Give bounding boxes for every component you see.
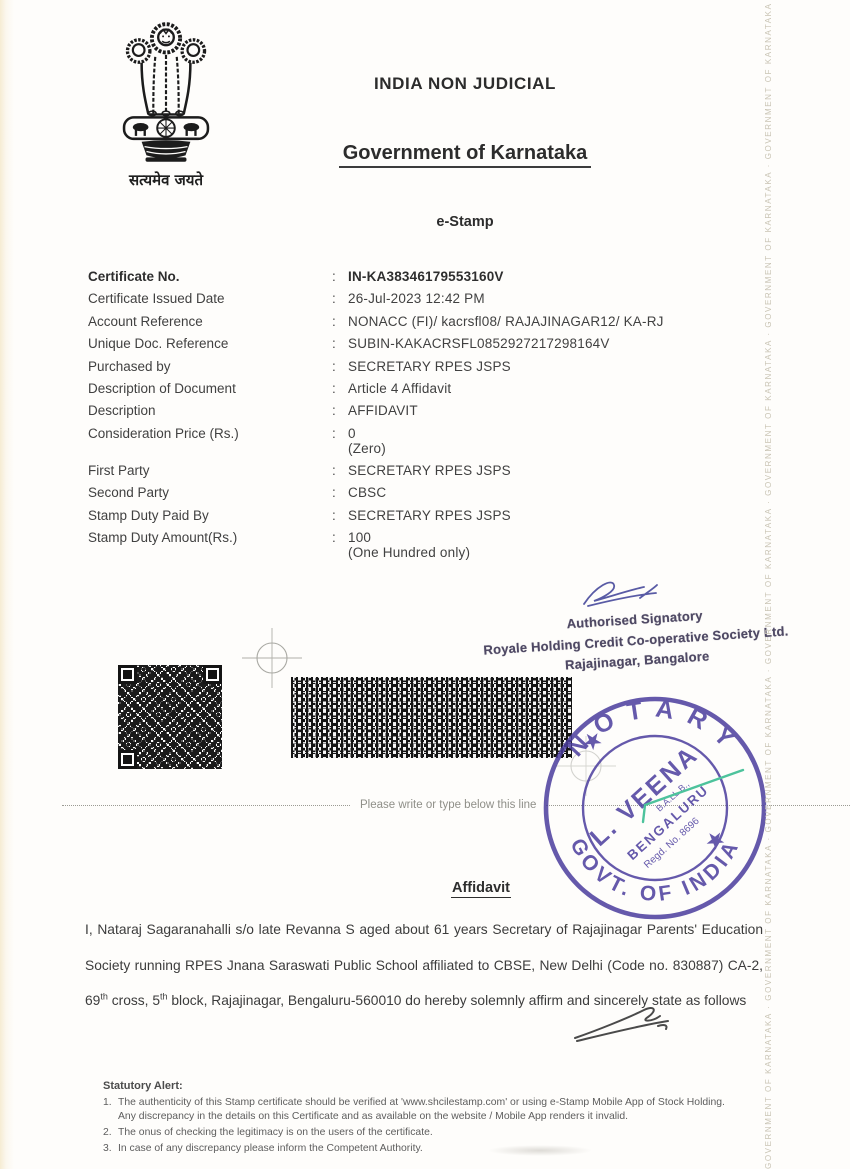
- detail-value: CBSC: [348, 485, 708, 500]
- authorised-signature-icon: [578, 576, 662, 610]
- qr-code: [118, 665, 222, 769]
- detail-label: Account Reference: [88, 314, 332, 329]
- table-row: Description : AFFIDAVIT: [88, 403, 708, 425]
- estamp-certificate-page: सत्यमेव जयते INDIA NON JUDICIAL Governme…: [0, 0, 850, 1169]
- qr-finder-icon: [118, 665, 137, 684]
- affidavit-line-1: I, Nataraj Sagaranahalli s/o late Revann…: [85, 912, 763, 948]
- table-row: Purchased by : SECRETARY RPES JSPS: [88, 359, 708, 381]
- detail-label: Stamp Duty Amount(Rs.): [88, 530, 332, 545]
- detail-subvalue: (One Hundred only): [348, 545, 708, 560]
- page-title: INDIA NON JUDICIAL: [150, 74, 780, 94]
- detail-value: SECRETARY RPES JSPS: [348, 359, 708, 374]
- deponent-signature-icon: [570, 998, 675, 1046]
- table-row: Unique Doc. Reference : SUBIN-KAKACRSFL0…: [88, 336, 708, 358]
- table-row: Account Reference : NONACC (FI)/ kacrsfl…: [88, 314, 708, 336]
- detail-value: SECRETARY RPES JSPS: [348, 463, 708, 478]
- detail-label: Unique Doc. Reference: [88, 336, 332, 351]
- certificate-details-table: Certificate No. : IN-KA38346179553160V C…: [88, 269, 708, 560]
- detail-label: Certificate No.: [88, 269, 332, 284]
- table-row: Certificate Issued Date : 26-Jul-2023 12…: [88, 291, 708, 313]
- statutory-alert: Statutory Alert: 1. The authenticity of …: [103, 1080, 779, 1158]
- table-row: Consideration Price (Rs.) : 0(Zero): [88, 426, 708, 456]
- detail-value: 0(Zero): [348, 426, 708, 456]
- emblem-motto: सत्यमेव जयते: [92, 170, 240, 190]
- detail-value: AFFIDAVIT: [348, 403, 708, 418]
- statutory-alert-item: 2. The onus of checking the legitimacy i…: [103, 1126, 779, 1140]
- detail-value: 100(One Hundred only): [348, 530, 708, 560]
- divider-line: [62, 805, 350, 806]
- detail-label: Second Party: [88, 485, 332, 500]
- table-row: First Party : SECRETARY RPES JSPS: [88, 463, 708, 485]
- detail-label: Consideration Price (Rs.): [88, 426, 332, 441]
- detail-value: NONACC (FI)/ kacrsfl08/ RAJAJINAGAR12/ K…: [348, 314, 708, 329]
- divider-note: Please write or type below this line: [350, 799, 546, 811]
- detail-label: Stamp Duty Paid By: [88, 508, 332, 523]
- statutory-alert-item: 3. In case of any discrepancy please inf…: [103, 1142, 779, 1156]
- detail-value: Article 4 Affidavit: [348, 381, 708, 396]
- detail-label: Certificate Issued Date: [88, 291, 332, 306]
- detail-value: 26-Jul-2023 12:42 PM: [348, 291, 708, 306]
- crosshair-registration-icon: [242, 628, 302, 688]
- table-row: Description of Document : Article 4 Affi…: [88, 381, 708, 403]
- table-row: Stamp Duty Paid By : SECRETARY RPES JSPS: [88, 508, 708, 530]
- table-row: Stamp Duty Amount(Rs.) : 100(One Hundred…: [88, 530, 708, 560]
- qr-finder-icon: [203, 665, 222, 684]
- authorised-signatory-stamp: Authorised Signatory Royale Holding Cred…: [460, 599, 811, 682]
- page-subtitle: Government of Karnataka: [150, 142, 780, 168]
- affidavit-line-2: Society running RPES Jnana Saraswati Pub…: [85, 948, 763, 984]
- security-strip: GOVERNMENT OF KARNATAKA · GOVERNMENT OF …: [764, 0, 780, 1169]
- affidavit-title: Affidavit: [381, 879, 581, 898]
- detail-value: SECRETARY RPES JSPS: [348, 508, 708, 523]
- scan-smudge: [488, 1145, 592, 1156]
- statutory-alert-heading: Statutory Alert:: [103, 1080, 779, 1092]
- statutory-alert-item: 1. The authenticity of this Stamp certif…: [103, 1096, 779, 1123]
- table-row: Certificate No. : IN-KA38346179553160V: [88, 269, 708, 291]
- estamp-label: e-Stamp: [150, 214, 780, 230]
- detail-label: Description: [88, 403, 332, 418]
- detail-label: Description of Document: [88, 381, 332, 396]
- detail-value: SUBIN-KAKACRSFL0852927217298164V: [348, 336, 708, 351]
- qr-finder-icon: [118, 750, 137, 769]
- detail-label: First Party: [88, 463, 332, 478]
- detail-subvalue: (Zero): [348, 441, 708, 456]
- table-row: Second Party : CBSC: [88, 485, 708, 507]
- detail-value: IN-KA38346179553160V: [348, 269, 708, 284]
- detail-label: Purchased by: [88, 359, 332, 374]
